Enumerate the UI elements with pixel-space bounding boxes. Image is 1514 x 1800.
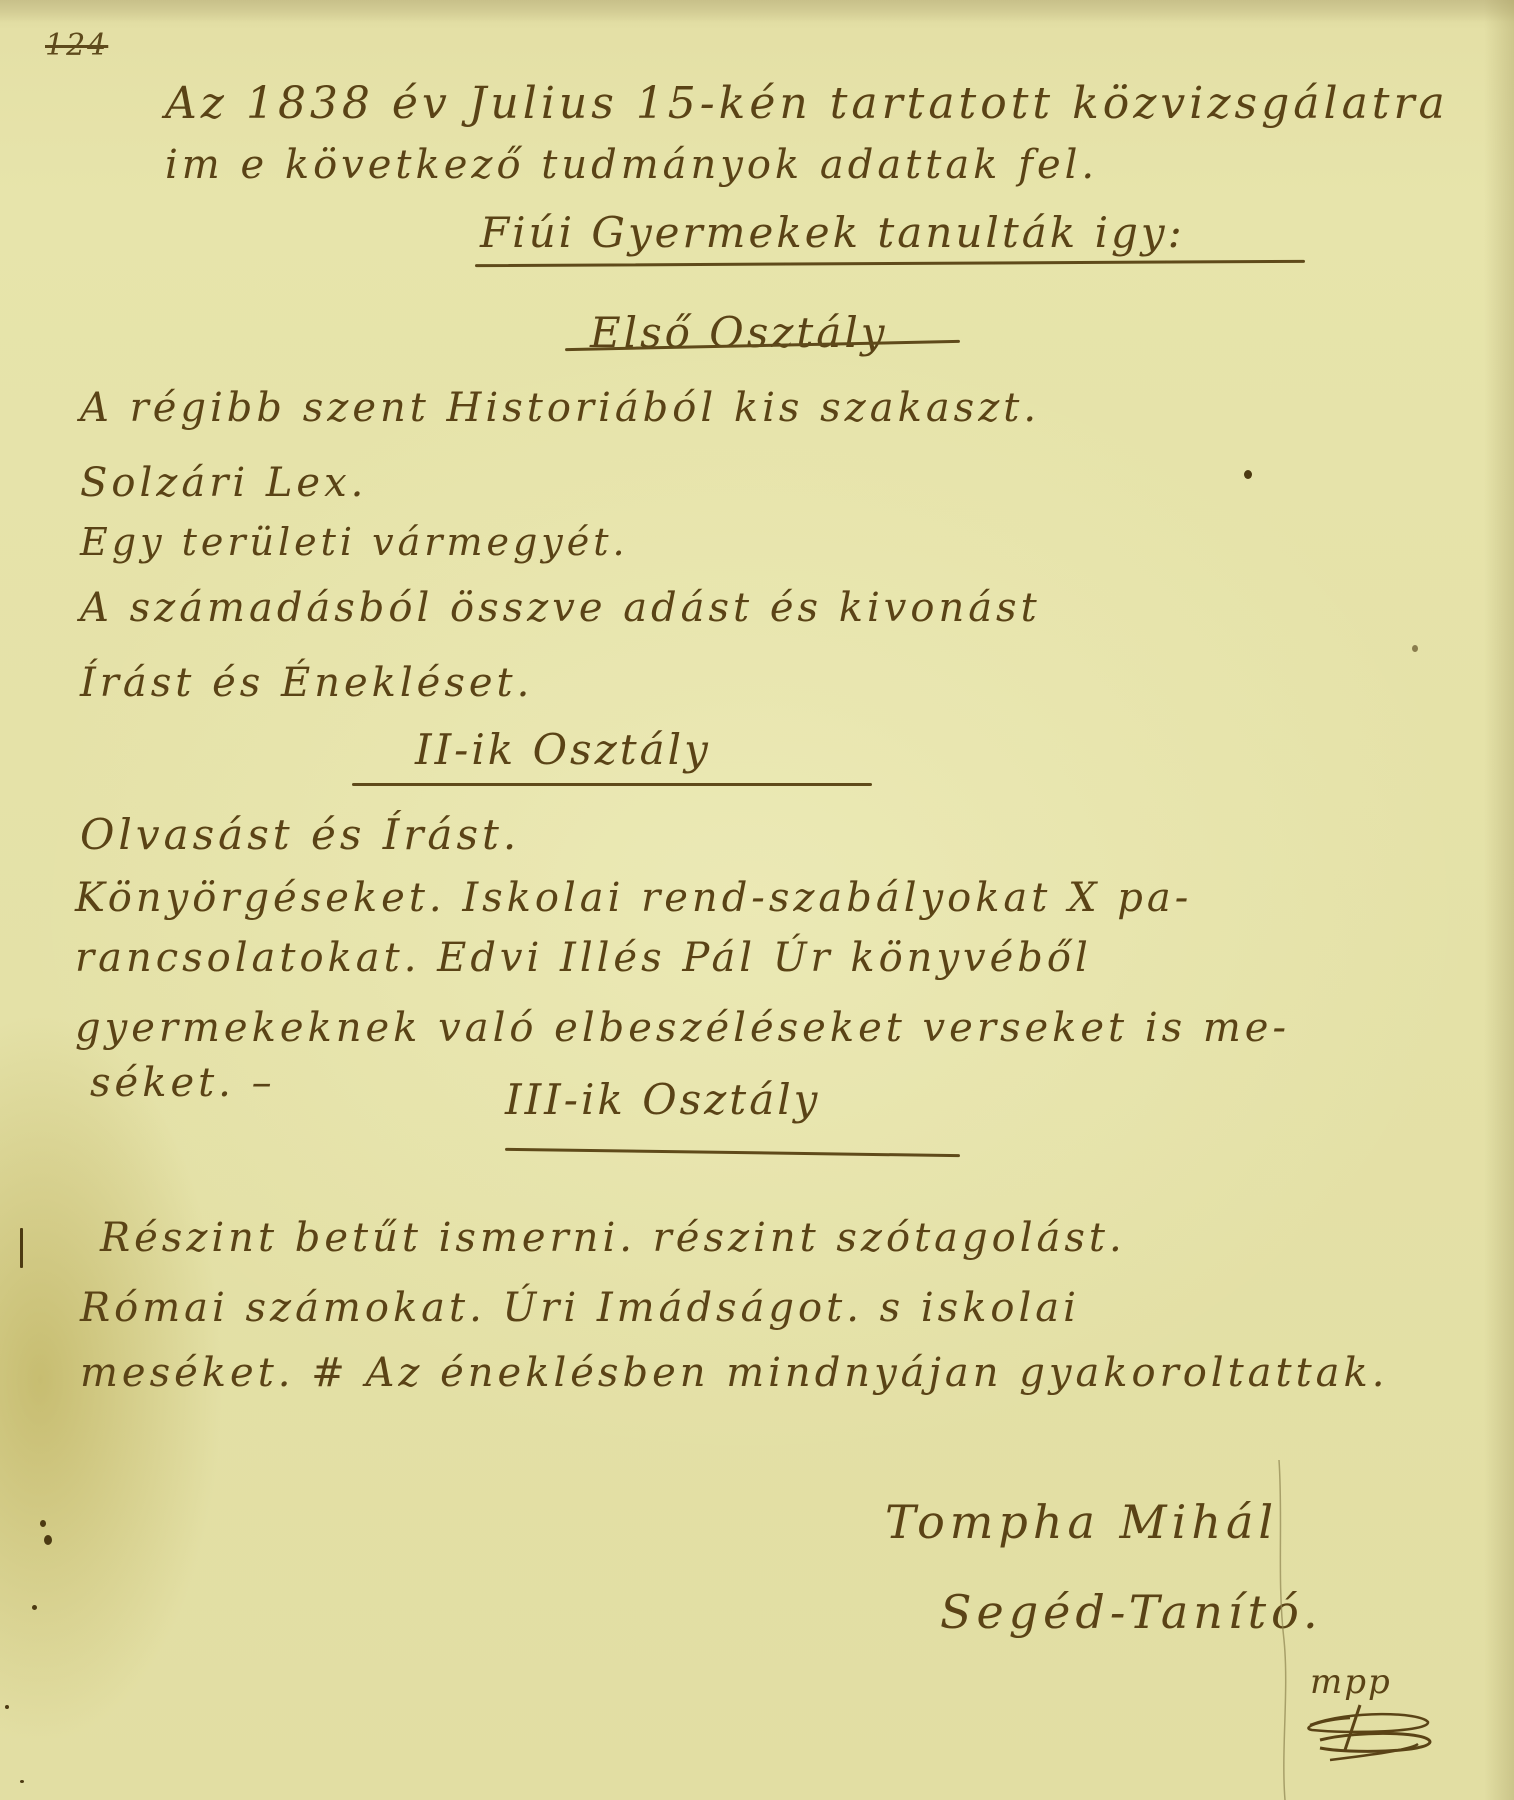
- section-1-line: Írást és Énekléset.: [80, 660, 533, 706]
- section-3-line: Római számokat. Úri Imádságot. s iskolai: [80, 1285, 1080, 1331]
- section-2-line: gyermekeknek való elbeszéléseket verseke…: [75, 1005, 1290, 1051]
- signature-title: Segéd-Tanító.: [940, 1585, 1323, 1639]
- section-2-underline: [352, 783, 872, 786]
- ink-dot: [1244, 470, 1252, 479]
- section-1-line: A számadásból összve adást és kivonást: [80, 585, 1041, 631]
- signature-name: Tompha Mihál: [885, 1495, 1278, 1549]
- section-3-line: Részint betűt ismerni. részint szótagolá…: [100, 1215, 1126, 1261]
- section-1-line: Egy területi vármegyét.: [80, 520, 629, 564]
- signature-mark: mpp: [1310, 1662, 1392, 1702]
- ink-dot: [1412, 645, 1418, 652]
- section-2-line: Olvasást és Írást.: [80, 810, 520, 859]
- section-2-line: Könyörgéseket. Iskolai rend-szabályokat …: [75, 875, 1192, 921]
- section-1-line: Solzári Lex.: [80, 460, 367, 506]
- page-number: 124: [45, 28, 108, 63]
- section-2-heading: II-ik Osztály: [415, 725, 711, 774]
- manuscript-page: 124 Az 1838 év Julius 15-kén tartatott k…: [0, 0, 1514, 1800]
- paper-crease: [1275, 1460, 1295, 1800]
- signature-flourish-icon: [1290, 1700, 1440, 1775]
- intro-line-2: im e következő tudmányok adattak fel.: [165, 142, 1098, 188]
- section-3-heading: III-ik Osztály: [505, 1075, 820, 1124]
- intro-line-1: Az 1838 év Julius 15-kén tartatott közvi…: [165, 78, 1449, 129]
- section-3-underline: [505, 1148, 960, 1157]
- section-3-line: meséket. # Az éneklésben mindnyájan gyak…: [80, 1350, 1388, 1396]
- section-2-line: rancsolatokat. Edvi Illés Pál Úr könyvéb…: [75, 935, 1092, 981]
- main-heading-underline: [475, 260, 1305, 267]
- section-1-line: A régibb szent Historiából kis szakaszt.: [80, 385, 1040, 431]
- margin-stain: [0, 1220, 70, 1800]
- main-heading: Fiúi Gyermekek tanulták igy:: [480, 208, 1185, 257]
- section-2-line: séket. –: [90, 1060, 276, 1106]
